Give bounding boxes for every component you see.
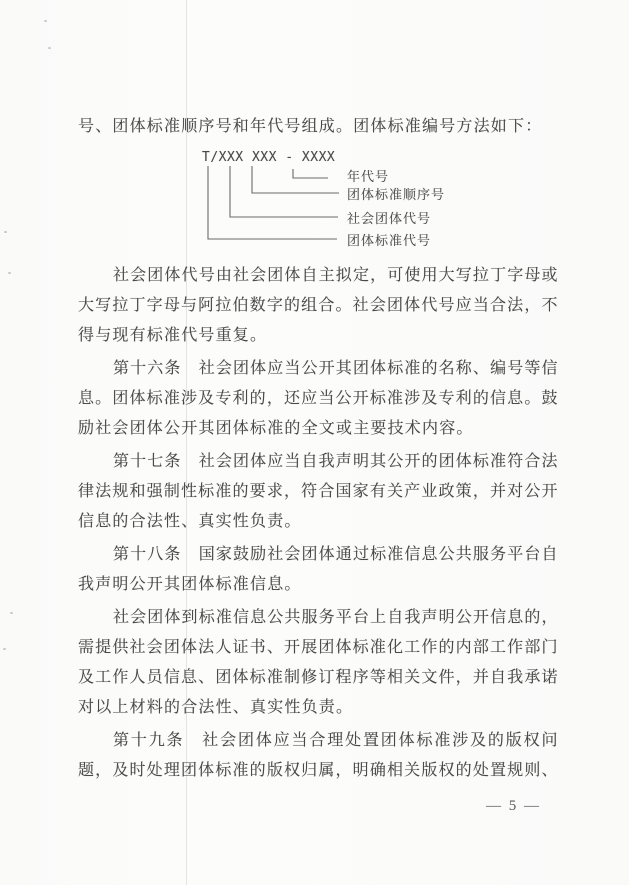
- text-line: 需提供社会团体法人证书、开展团体标准化工作的内部工作部门: [78, 633, 558, 663]
- scan-speck: [44, 20, 47, 22]
- paragraph: 第十九条 社会团体应当合理处置团体标准涉及的版权问题，及时处理团体标准的版权归属…: [78, 726, 558, 786]
- text-line: 第十九条 社会团体应当合理处置团体标准涉及的版权问: [78, 726, 558, 756]
- scan-speck: [48, 47, 51, 49]
- text-line: 社会团体到标准信息公共服务平台上自我声明公开信息的，: [78, 603, 558, 633]
- scan-speck: [3, 648, 6, 650]
- scan-speck: [8, 272, 11, 274]
- text-line: 我声明公开其团体标准信息。: [78, 570, 558, 600]
- paragraph: 社会团体到标准信息公共服务平台上自我声明公开信息的，需提供社会团体法人证书、开展…: [78, 603, 558, 723]
- group-standard-code-label: 团体标准代号: [347, 233, 431, 248]
- scan-speck: [4, 231, 7, 233]
- standard-sequence-number-label: 团体标准顺序号: [347, 187, 445, 202]
- text-column: 号、团体标准顺序号和年代号组成。团体标准编号方法如下： T/XXX XXX - …: [78, 112, 558, 789]
- paragraphs: 社会团体代号由社会团体自主拟定，可使用大写拉丁字母或大写拉丁字母与阿拉伯数字的组…: [78, 261, 558, 786]
- text-line: 对以上材料的合法性、真实性负责。: [78, 693, 558, 723]
- text-line: 第十八条 国家鼓励社会团体通过标准信息公共服务平台自: [78, 540, 558, 570]
- paragraph: 第十七条 社会团体应当自我声明其公开的团体标准符合法律法规和强制性标准的要求，符…: [78, 447, 558, 537]
- text-line: 大写拉丁字母与阿拉伯数字的组合。社会团体代号应当合法，不: [78, 291, 558, 321]
- text-line: 信息的合法性、真实性负责。: [78, 507, 558, 537]
- text-line: 励社会团体公开其团体标准的全文或主要技术内容。: [78, 414, 558, 444]
- year-code-label: 年代号: [347, 169, 389, 184]
- paragraph: 社会团体代号由社会团体自主拟定，可使用大写拉丁字母或大写拉丁字母与阿拉伯数字的组…: [78, 261, 558, 351]
- text-line: 得与现有标准代号重复。: [78, 321, 558, 351]
- diagram-connector-lines: [78, 148, 558, 261]
- standard-numbering-diagram: T/XXX XXX - XXXX 年代号 团体标准顺序号 社会团体代号 团体标准…: [78, 148, 558, 261]
- text-line: 第十七条 社会团体应当自我声明其公开的团体标准符合法: [78, 447, 558, 477]
- intro-line: 号、团体标准顺序号和年代号组成。团体标准编号方法如下：: [78, 112, 558, 142]
- paragraph: 第十八条 国家鼓励社会团体通过标准信息公共服务平台自我声明公开其团体标准信息。: [78, 540, 558, 600]
- text-line: 第十六条 社会团体应当公开其团体标准的名称、编号等信: [78, 354, 558, 384]
- scanned-document-page: 号、团体标准顺序号和年代号组成。团体标准编号方法如下： T/XXX XXX - …: [0, 0, 629, 885]
- text-line: 及工作人员信息、团体标准制修订程序等相关文件，并自我承诺: [78, 663, 558, 693]
- paragraph: 第十六条 社会团体应当公开其团体标准的名称、编号等信息。团体标准涉及专利的，还应…: [78, 354, 558, 444]
- text-line: 律法规和强制性标准的要求，符合国家有关产业政策，并对公开: [78, 477, 558, 507]
- text-line: 息。团体标准涉及专利的，还应当公开标准涉及专利的信息。鼓: [78, 384, 558, 414]
- page-number: — 5 —: [486, 798, 541, 815]
- social-group-code-label: 社会团体代号: [347, 211, 431, 226]
- text-line: 题，及时处理团体标准的版权归属，明确相关版权的处置规则、: [78, 756, 558, 786]
- text-line: 社会团体代号由社会团体自主拟定，可使用大写拉丁字母或: [78, 261, 558, 291]
- scan-speck: [10, 612, 13, 614]
